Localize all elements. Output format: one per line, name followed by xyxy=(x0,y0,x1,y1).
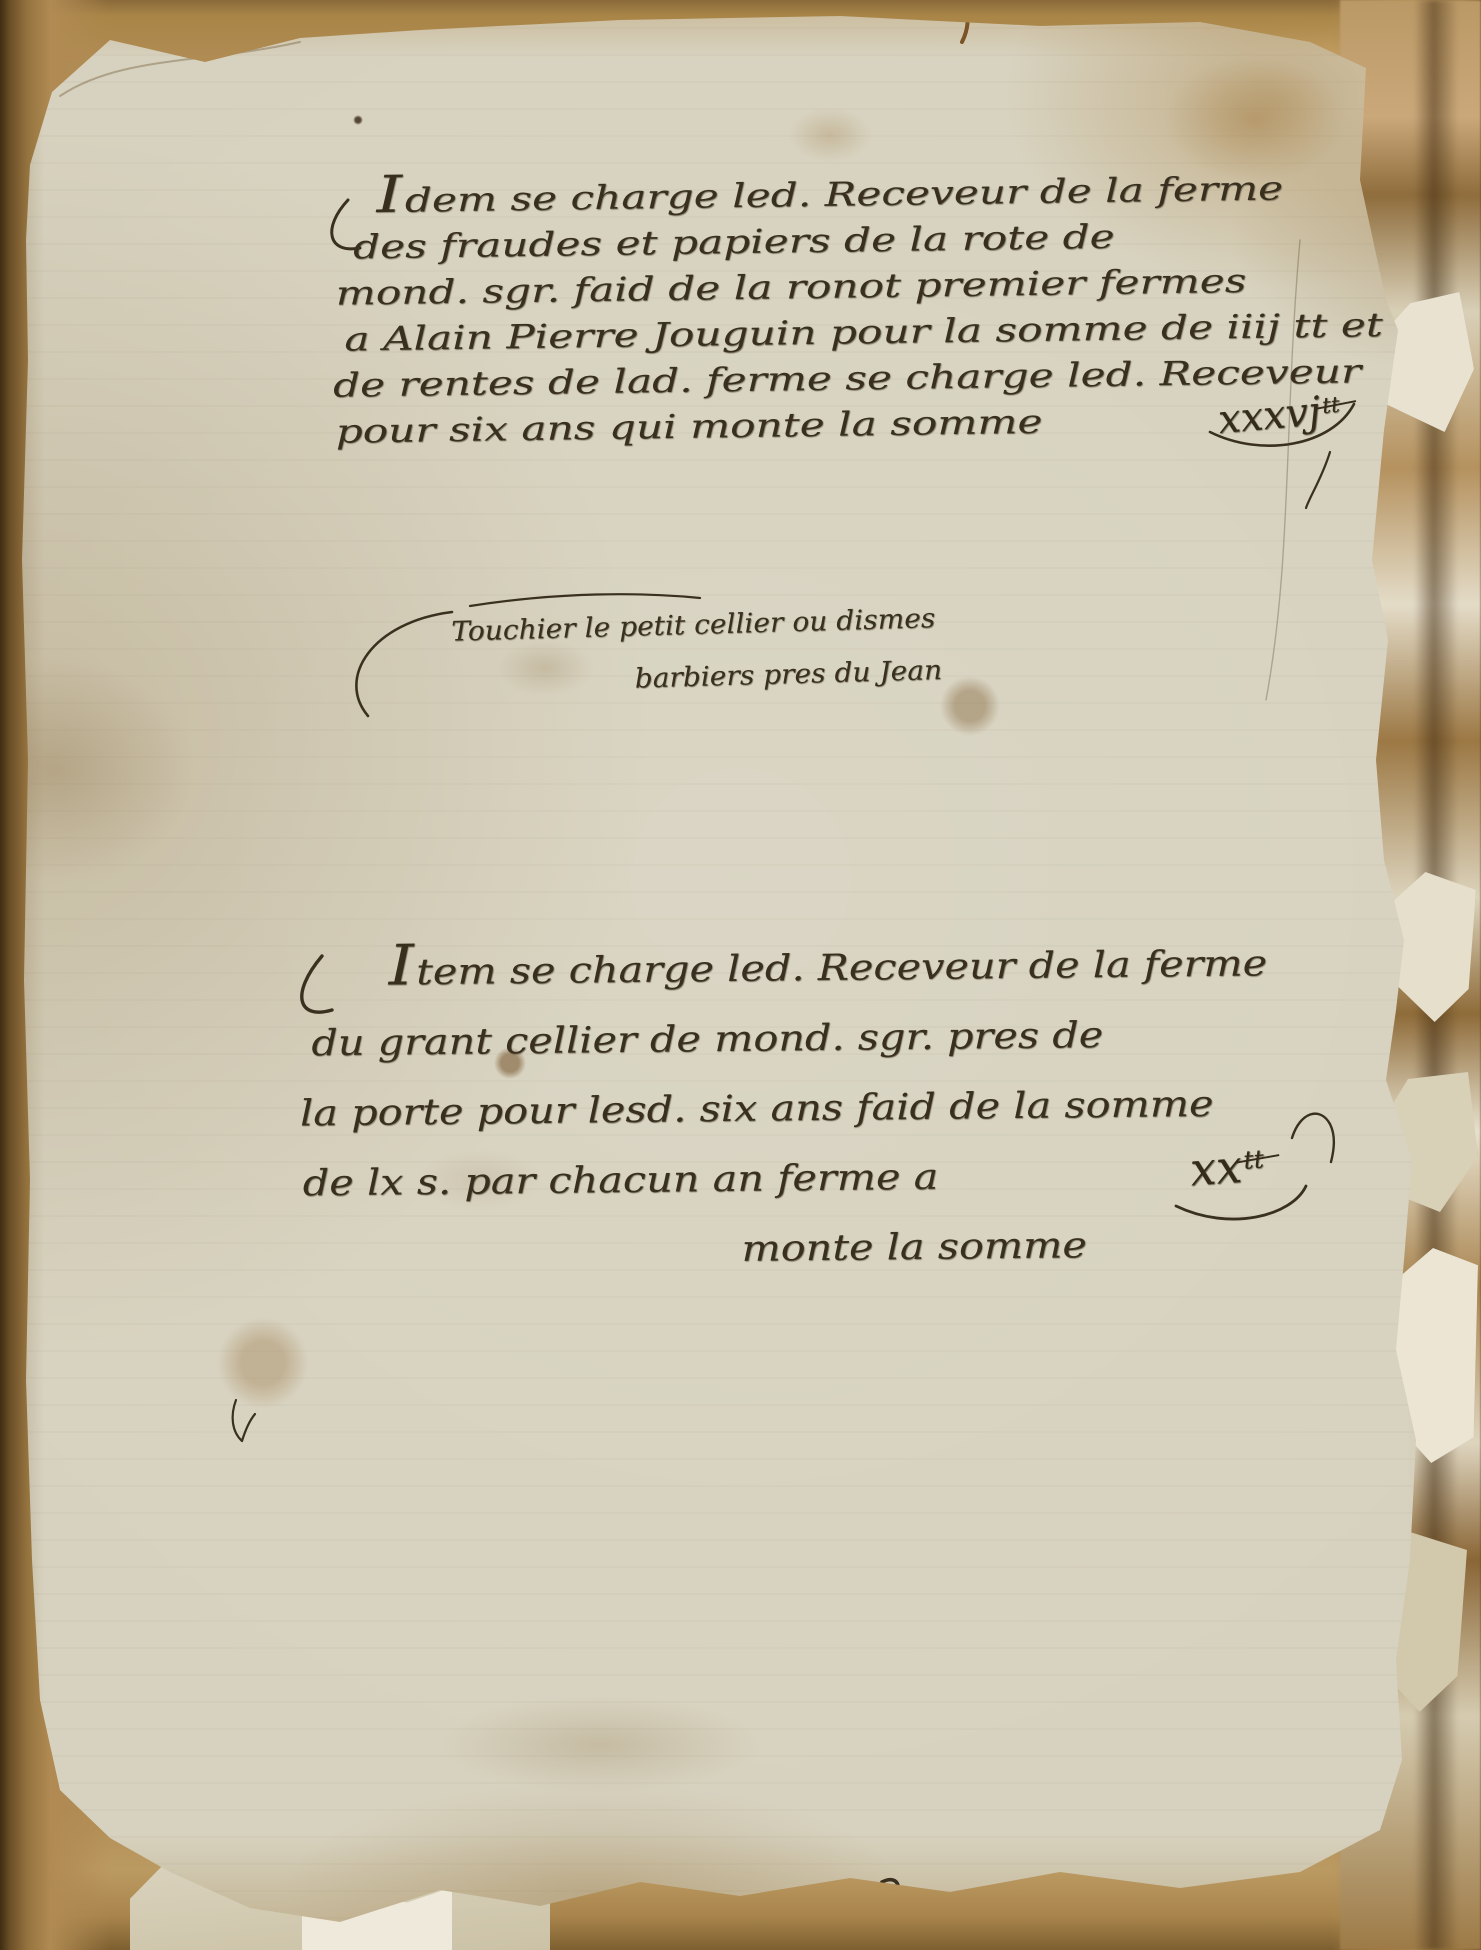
entry-2-line: la porte pour lesd. six ans faid de la s… xyxy=(300,1070,1214,1150)
entry-1-text: Idem se charge led. Receveur de la ferme… xyxy=(328,162,1157,454)
margin-sum-2: xxtt xyxy=(1188,1137,1266,1196)
margin-sum-1-unit: tt xyxy=(1321,393,1341,419)
entry-2-line: monte la somme xyxy=(741,1211,1087,1285)
entry-2-line: du grant cellier de mond. sgr. pres de xyxy=(311,1001,1104,1079)
manuscript-page: Idem se charge led. Receveur de la ferme… xyxy=(0,0,1481,1950)
margin-sum-2-amount: xx xyxy=(1188,1139,1244,1196)
center-note-text: Touchier le petit cellier ou dismes barb… xyxy=(451,593,931,710)
entry-2-line: Item se charge led. Receveur de la ferme xyxy=(388,922,1267,1008)
manuscript-photograph: Idem se charge led. Receveur de la ferme… xyxy=(0,0,1481,1950)
entry-2-line: de lx s. par chacun an ferme a xyxy=(302,1143,938,1220)
entry-2-text: Item se charge led. Receveur de la ferme… xyxy=(296,924,1156,1290)
margin-sum-2-unit: tt xyxy=(1242,1145,1264,1175)
center-note-line: barbiers pres du Jean xyxy=(634,645,943,706)
margin-sum-1-amount: xxxvj xyxy=(1216,388,1322,443)
